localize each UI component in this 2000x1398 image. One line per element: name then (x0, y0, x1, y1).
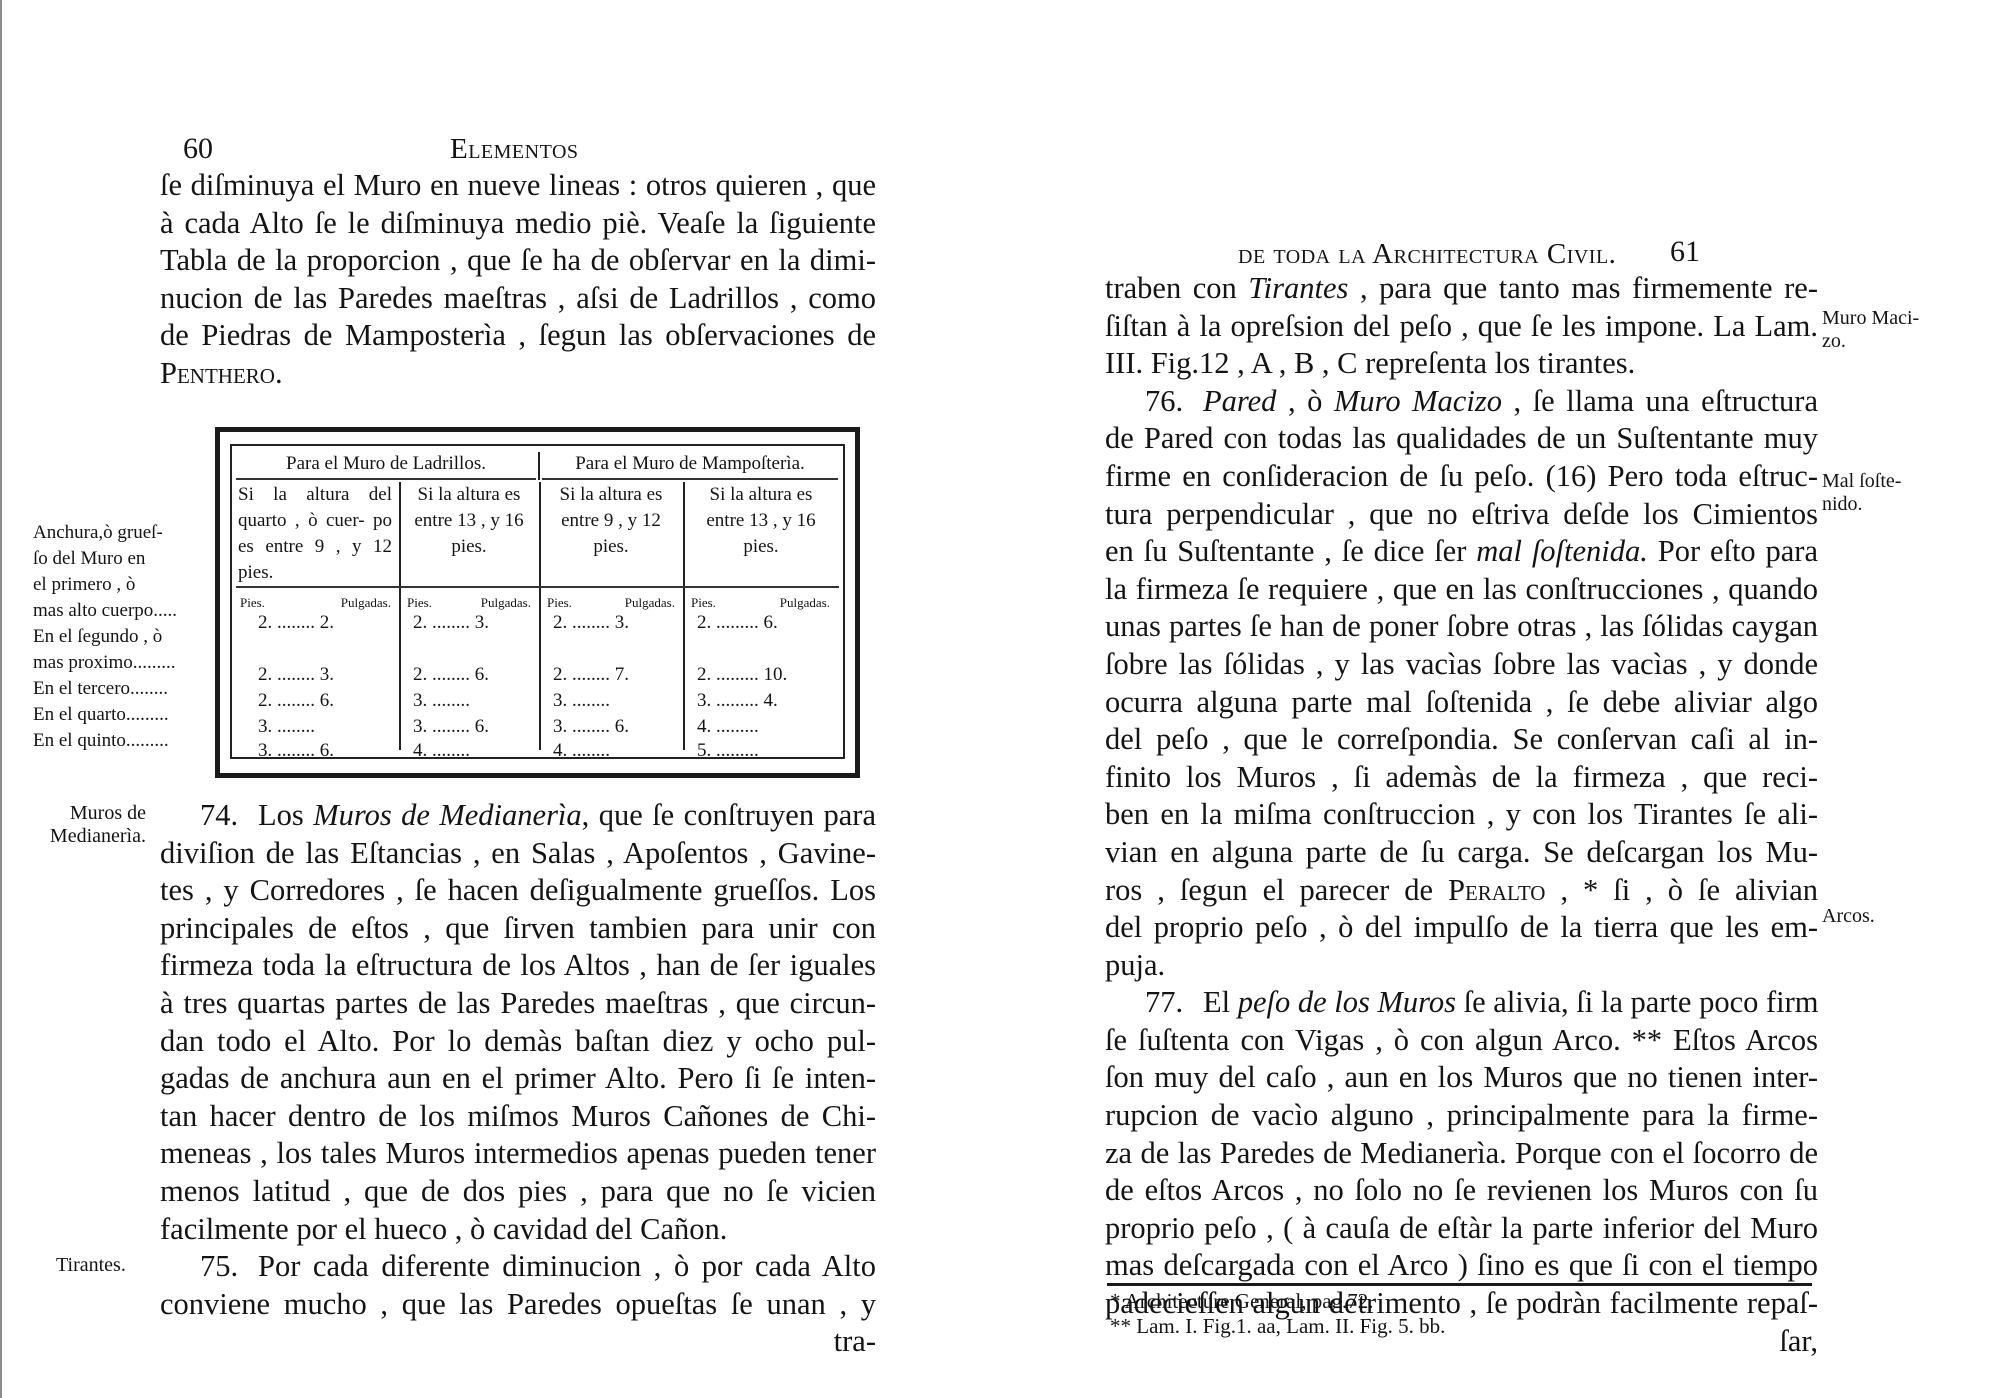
text-line: tan hacer dentro de los miſmos Muros Cañ… (160, 1098, 876, 1136)
text-line: de Piedras de Mamposterìa , ſegun las ob… (160, 317, 876, 355)
table-cell: 3. ........ (399, 688, 470, 714)
table-cell: 3. ........ (232, 714, 315, 740)
table-cell: 2. ........ 3. (232, 662, 334, 688)
text-line: vian en alguna parte de ſu carga. Se deſ… (1105, 834, 1818, 872)
margin-note-muros-de-medianeria: Muros de Medianerìa. (46, 802, 146, 848)
page-number: 61 (1670, 235, 1700, 269)
text-line: traben con Tirantes , para que tanto mas… (1105, 270, 1818, 308)
left-page: 60 Elementos ſe diſminuya el Muro en nue… (0, 0, 1000, 1398)
column-divider (538, 452, 540, 480)
table-cell: 2. ........ 6. (232, 688, 334, 714)
text-line: ſe diſminuya el Muro en nueve lineas : o… (160, 167, 876, 205)
table-cell: 4. ........ (539, 738, 610, 764)
table-cell: 2. ........ 3. (399, 610, 489, 636)
row-label: ſo del Muro en (33, 546, 145, 572)
author-name-penthero: Penthero. (160, 355, 876, 393)
table-cell: 2. ......... 10. (683, 662, 787, 688)
running-head: de toda la Architectura Civil. (1238, 238, 1616, 271)
text-line: à tres quartas partes de las Paredes mae… (160, 985, 876, 1023)
text-line: puja. (1105, 947, 1818, 985)
header-rule (236, 586, 839, 588)
text-line: de Pared con todas las qualidades de un … (1105, 420, 1818, 458)
text-line: rupcion de vacìo alguno , principalmente… (1105, 1097, 1818, 1135)
table-cell: 2. ........ 3. (539, 610, 629, 636)
page-number: 60 (183, 132, 213, 166)
table-cell: 3. ........ (539, 688, 610, 714)
text-line: ſon muy del caſo , aun en los Muros que … (1105, 1059, 1818, 1097)
text-line: ſe ſuſtenta con Vigas , ò con algun Arco… (1105, 1022, 1818, 1060)
text-line: dan todo el Alto. Por lo demàs baſtan di… (160, 1023, 876, 1061)
text-line: nucion de las Paredes maeſtras , aſsi de… (160, 280, 876, 318)
paragraph-number: 74. (200, 797, 258, 835)
column-header: Si la altura es entre 13 , y 16 pies. (400, 482, 538, 584)
column-header: Si la altura es entre 9 , y 12 pies. (540, 482, 682, 584)
table-cell: 2. ........ 2. (232, 610, 334, 636)
text-line: del proprio peſo , ò del impulſo de la t… (1105, 909, 1818, 947)
paragraph-number: 77. (1145, 984, 1203, 1022)
row-label: mas proximo......... (33, 650, 176, 676)
row-label: Anchura,ò grueſ- (33, 520, 163, 546)
text-line: ros , ſegun el parecer de Peralto , * ſi… (1105, 872, 1818, 910)
margin-note-tirantes: Tirantes. (56, 1254, 126, 1277)
text-line: za de las Paredes de Medianerìa. Porque … (1105, 1135, 1818, 1173)
text-line: en ſu Suſtentante , ſe dice ſer mal ſoſt… (1105, 533, 1818, 571)
text-line: ſiſtan à la opreſsion del peſo , que ſe … (1105, 308, 1818, 346)
text-line: Tabla de la proporcion , que ſe ha de ob… (160, 242, 876, 280)
text-line: firme en conſideracion de ſu peſo. (16) … (1105, 458, 1818, 496)
text-line: 74.Los Muros de Medianerìa, que ſe conſt… (160, 797, 876, 835)
text-line: menos latitud , que de dos pies , para q… (160, 1173, 876, 1211)
table-cell: 5. ......... (683, 738, 759, 764)
table-cell: 4. ......... (683, 714, 759, 740)
text-line: diviſion de las Eſtancias , en Salas , A… (160, 835, 876, 873)
author-name-peralto: Peralto (1448, 873, 1545, 907)
intro-paragraph: ſe diſminuya el Muro en nueve lineas : o… (160, 167, 876, 393)
text-line: firmeza toda la eſtructura de los Altos … (160, 947, 876, 985)
footnote-rule (1107, 1283, 1812, 1286)
row-label: En el quinto......... (33, 728, 169, 754)
text-line: meneas , los tales Muros intermedios ape… (160, 1135, 876, 1173)
table-cell: 2. ......... 6. (683, 610, 778, 636)
group-header-mamposteria: Para el Muro de Mampoſterìa. (542, 452, 838, 480)
table-cell: 2. ........ 6. (399, 662, 489, 688)
margin-note-muro-macizo: Muro Maci- zo. (1822, 307, 1919, 353)
paragraph-77-first-line: 77.El peſo de los Muros ſe alivia, ſi la… (1105, 984, 1818, 1022)
row-label: En el ſegundo , ò (33, 624, 162, 650)
wall-thickness-table: Para el Muro de Ladrillos. Para el Muro … (215, 427, 860, 778)
text-line: la firmeza ſe requiere , que en las conſ… (1105, 571, 1818, 609)
row-label: En el tercero........ (33, 676, 168, 702)
table-cell: 3. ........ 6. (539, 714, 629, 740)
text-line: gadas de anchura aun en el primer Alto. … (160, 1060, 876, 1098)
margin-note-arcos: Arcos. (1822, 905, 1875, 928)
table-inner-frame: Para el Muro de Ladrillos. Para el Muro … (230, 444, 845, 759)
paragraph-76-first-line: 76.Pared , ò Muro Macizo , ſe llama una … (1105, 383, 1818, 421)
text-line: à cada Alto ſe le diſminuya medio piè. V… (160, 205, 876, 243)
row-label: mas alto cuerpo..... (33, 598, 177, 624)
running-head: Elementos (450, 133, 579, 166)
text-line: principales de eſtos , que ſirven tambie… (160, 910, 876, 948)
text-line: conviene mucho , que las Paredes opueſta… (160, 1286, 876, 1324)
text-line: facilmente por el hueco , ò cavidad del … (160, 1211, 876, 1249)
text-line: ocurra alguna parte mal ſoſtenida , ſe d… (1105, 684, 1818, 722)
text-line: de eſtos Arcos , no ſolo no ſe revienen … (1105, 1172, 1818, 1210)
group-header-ladrillos: Para el Muro de Ladrillos. (236, 452, 536, 480)
paragraph-number: 75. (200, 1248, 258, 1286)
table-cell: 3. ........ 6. (232, 738, 334, 764)
text-line: tura perpendicular , que no eſtriva deſd… (1105, 496, 1818, 534)
row-label: En el quarto......... (33, 702, 169, 728)
paragraph-number: 76. (1145, 383, 1203, 421)
paragraph-74: 74.Los Muros de Medianerìa, que ſe conſt… (160, 797, 876, 1361)
footnote: ** Lam. I. Fig.1. aa, Lam. II. Fig. 5. b… (1110, 1313, 1445, 1339)
text-line: tes , y Corredores , ſe hacen deſigualme… (160, 872, 876, 910)
catchword: tra- (160, 1323, 876, 1361)
column-header: Si la altura es entre 13 , y 16 pies. (684, 482, 838, 584)
table-cell: 3. ........ 6. (399, 714, 489, 740)
text-line: finito los Muros , ſi ademàs de la firme… (1105, 759, 1818, 797)
row-label: el primero , ò (33, 572, 135, 598)
table-cell: 4. ........ (399, 738, 470, 764)
table-cell: 3. ......... 4. (683, 688, 778, 714)
text-line: del peſo , que le correſpondia. Se conſe… (1105, 721, 1818, 759)
text-line: ſobre las ſólidas , y las vacìas ſobre l… (1105, 646, 1818, 684)
column-header: Si la altura del quarto , ò cuer- po es … (232, 482, 398, 584)
text-line: proprio peſo , ( à cauſa de eſtàr la par… (1105, 1210, 1818, 1248)
table-cell: 2. ........ 7. (539, 662, 629, 688)
text-line: mas deſcargada con el Arco ) ſino es que… (1105, 1247, 1818, 1285)
margin-note-mal-sostenido: Mal ſoſte- nido. (1822, 470, 1901, 516)
paragraph-75-first-line: 75.Por cada diferente diminucion , ò por… (160, 1248, 876, 1286)
right-page-text: traben con Tirantes , para que tanto mas… (1105, 270, 1818, 1360)
right-page: de toda la Architectura Civil. 61 traben… (1000, 0, 2000, 1398)
text-line: III. Fig.12 , A , B , C repreſenta los t… (1105, 345, 1818, 383)
text-line: ben en la miſma conſtruccion , y con los… (1105, 796, 1818, 834)
footnote: * Architecture General, pag.72. (1110, 1288, 1374, 1314)
text-line: unas partes ſe han de poner ſobre otras … (1105, 608, 1818, 646)
